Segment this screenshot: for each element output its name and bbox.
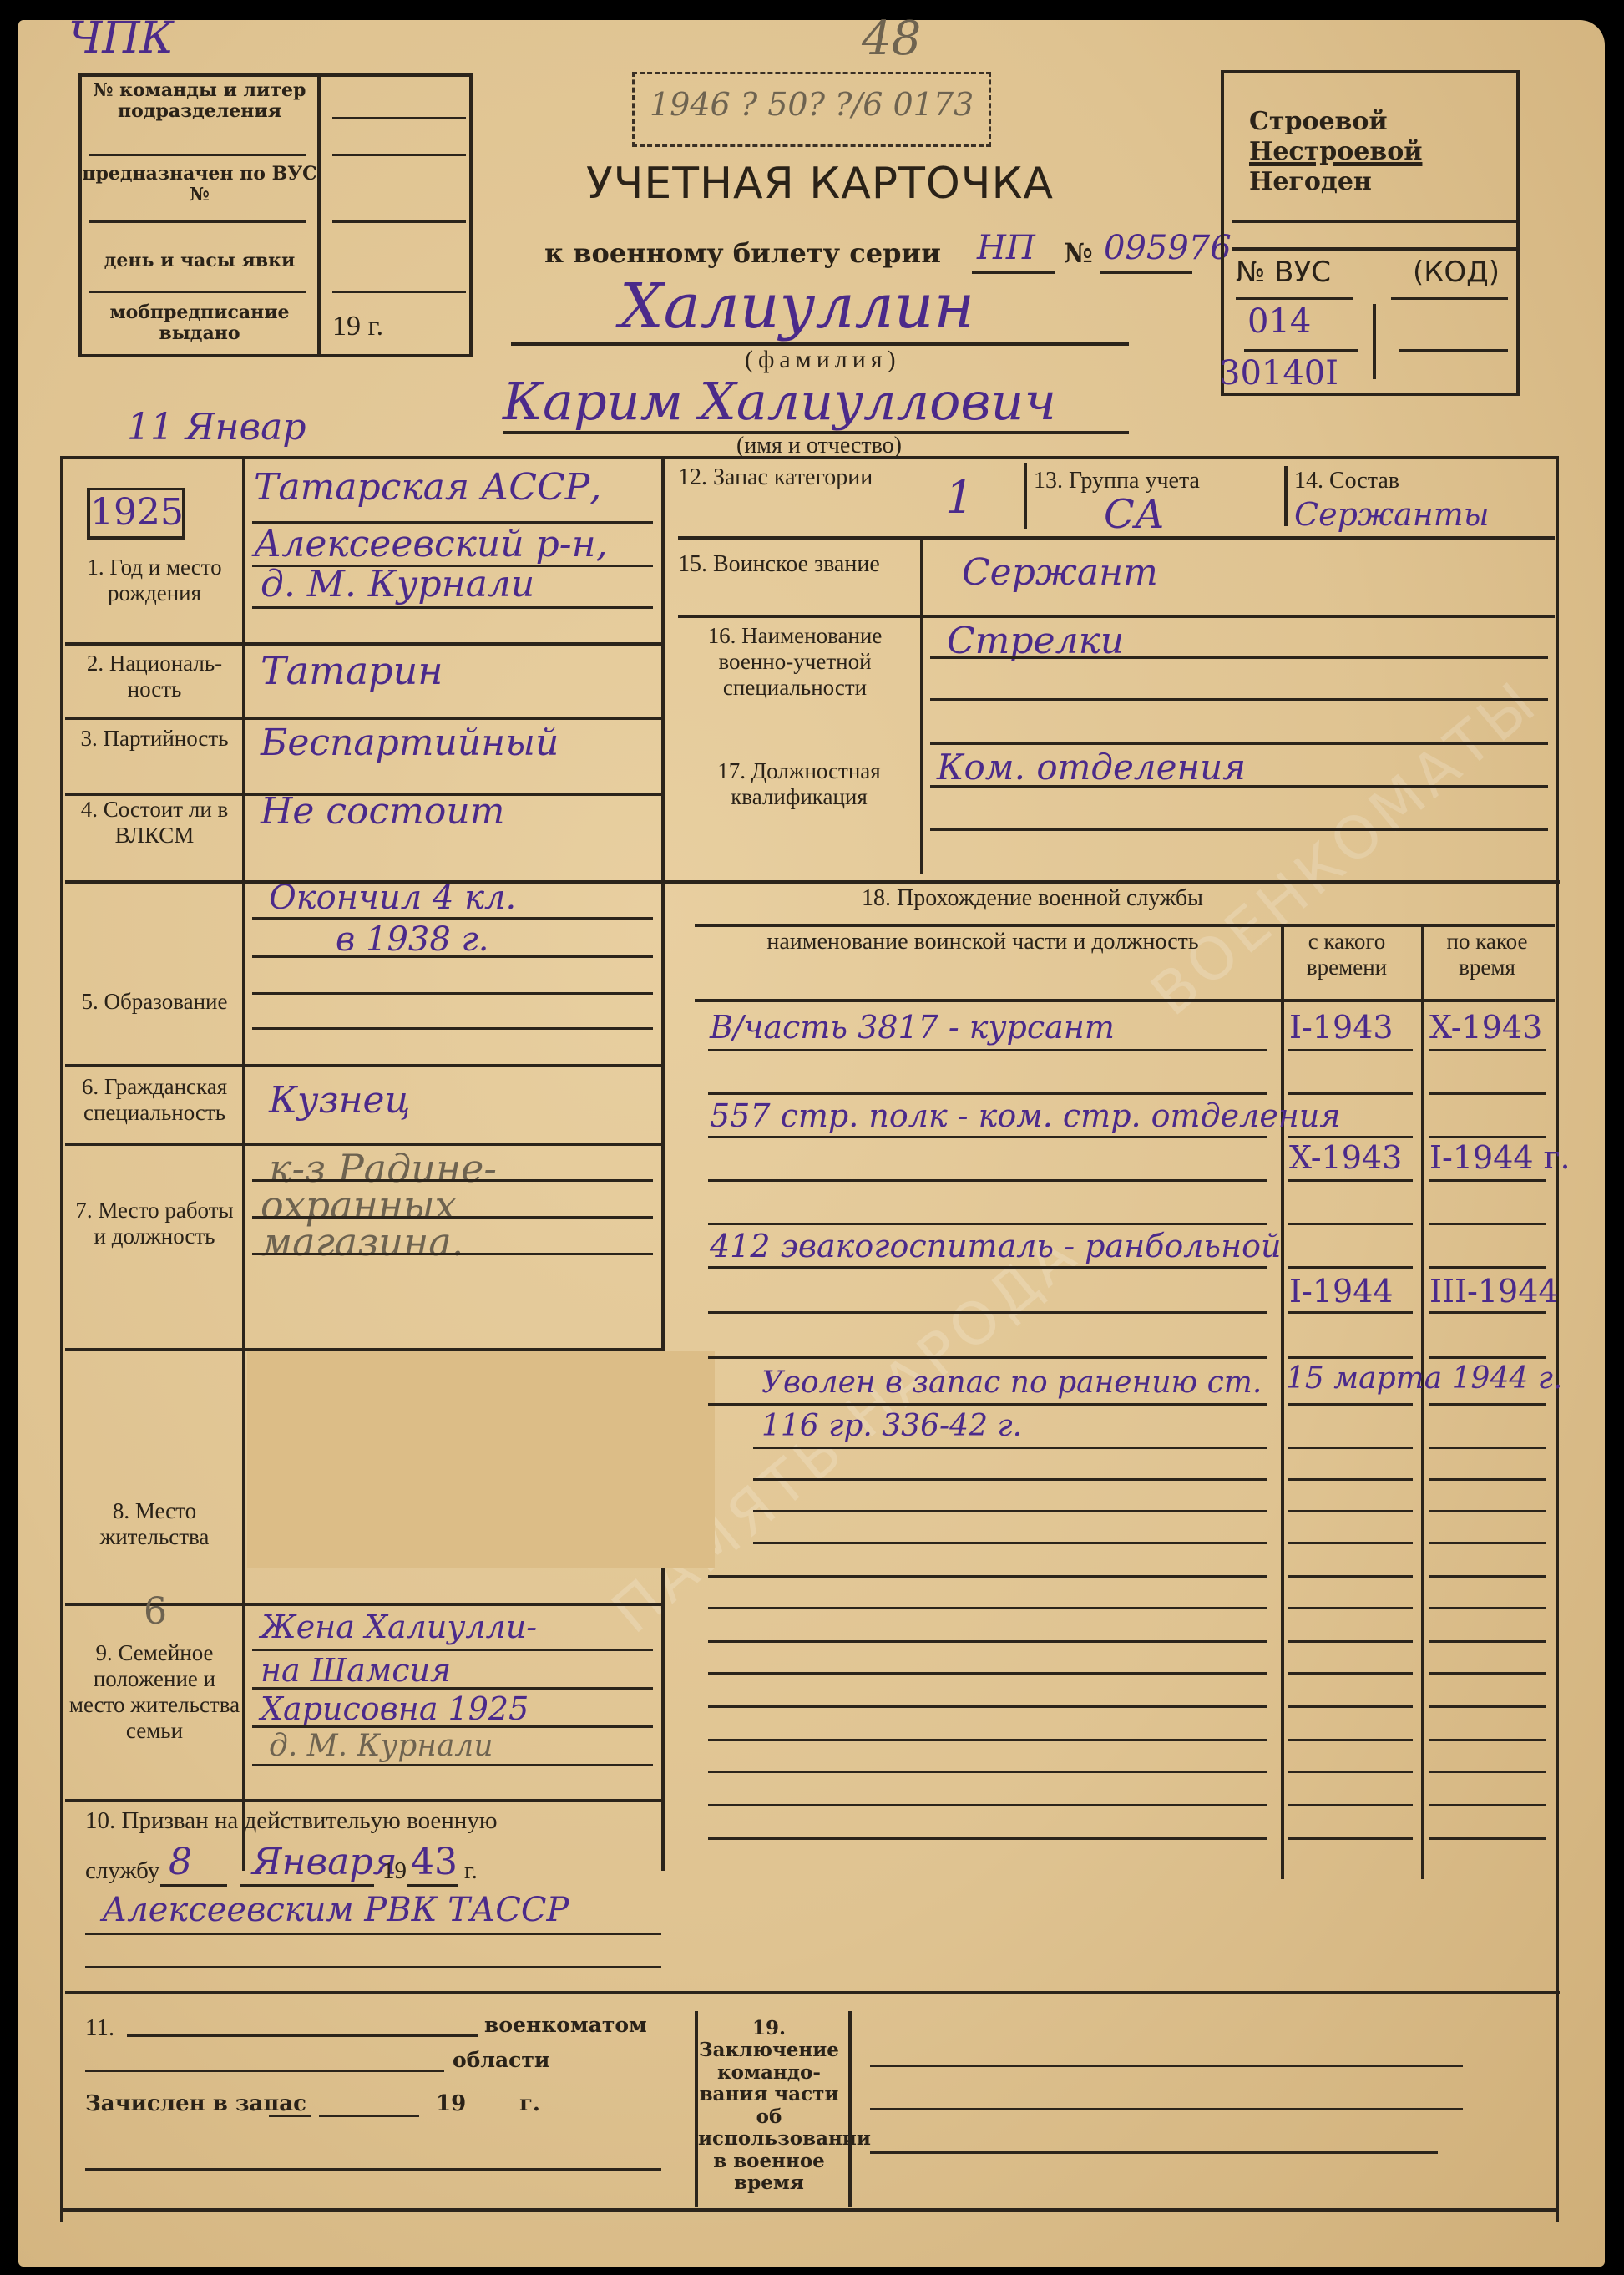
vus-assigned-label: предназначен по ВУС № (82, 164, 317, 206)
civil-specialty-value: Кузнец (269, 1079, 410, 1122)
service-row-1-unit: В/часть 3817 - курсант (710, 1009, 1115, 1046)
name-patronymic-value: Карим Халиуллович (503, 371, 1056, 432)
call-up-month: Января (252, 1841, 397, 1883)
birth-place-line-1: Татарская АССР, (254, 466, 601, 509)
family-line-1: Жена Халиулли- (261, 1609, 537, 1645)
family-line-4: д. М. Курнали (269, 1729, 493, 1763)
birth-place-line-3: д. М. Курнали (261, 563, 534, 605)
record-card: ПАМЯТЬ НАРОДА ВОЕНКОМАТЫ ЧПК 48 1946 ? 5… (18, 20, 1605, 2267)
reserve-year-prefix: 19 (436, 2091, 466, 2116)
workplace-line-3: магазина. (261, 1219, 463, 1264)
registration-group-value: СА (1104, 491, 1165, 538)
call-up-day: 8 (169, 1841, 192, 1883)
vus-value: 014 (1247, 302, 1311, 341)
command-label: № команды и литер подразделения (82, 80, 317, 123)
service-row-3-unit: 412 эвакогоспиталь - ранбольной (710, 1228, 1281, 1264)
field-6-label: 6. Граждан­ская специ­альность (67, 1074, 242, 1126)
fitness-option-limited: Нестроевой (1249, 137, 1422, 167)
vus-label: № ВУС (1236, 256, 1331, 289)
field-9-label: 9. Семейное положение и место жительства… (67, 1640, 242, 1744)
field-10-label: 10. Призван на действительую военную (85, 1807, 498, 1835)
party-value: Беспартийный (261, 722, 559, 764)
field-10-service-label: службу (85, 1857, 159, 1885)
birth-day-note: 11 Январ (127, 406, 306, 448)
field-3-label: 3. Партий­ность (67, 726, 242, 752)
call-up-year-prefix: 19 (382, 1857, 407, 1885)
archive-stamp: 1946 ? 50? ?/6 0173 (635, 74, 989, 134)
field-5-label: 5. Образо­вание (67, 989, 242, 1015)
field-12-label: 12. Запас категории (678, 464, 887, 491)
service-col-from: с какого времени (1284, 929, 1409, 980)
birth-year-box: 1925 (87, 488, 185, 540)
fitness-box: Строевой Нестроевой Негоден № ВУС (КОД) … (1221, 70, 1520, 396)
reserve-label: Зачислен в запас (85, 2091, 306, 2116)
subtitle-label: к военному билету серии (544, 237, 941, 269)
code-label: (КОД) (1413, 256, 1500, 289)
service-row-3-to: III-1944 (1429, 1273, 1559, 1310)
family-note: 6 (144, 1590, 167, 1633)
mob-order-value: 19 г. (332, 311, 383, 342)
komsomol-value: Не состоит (261, 790, 504, 833)
field-15-label: 15. Воинское звание (678, 551, 912, 578)
series-value: НП (977, 229, 1035, 267)
arrival-time-label: день и часы явки (82, 251, 317, 271)
service-row-1-from: I-1943 (1289, 1009, 1394, 1046)
document-title: УЧЕТНАЯ КАРТОЧКА (586, 159, 1054, 209)
number-prefix: № (1064, 237, 1093, 269)
military-rank-value: Сержант (962, 551, 1158, 594)
redacted-area (247, 1351, 715, 1568)
call-up-by: Алексеевским РВК ТАССР (102, 1891, 569, 1929)
nationality-value: Татарин (261, 648, 443, 693)
reserve-category-value: 1 (945, 471, 974, 524)
field-8-label: 8. Место жительства (67, 1498, 242, 1550)
mob-order-label: мобпредписание выдано (82, 302, 317, 345)
call-up-year: 43 (411, 1841, 458, 1883)
fitness-option-fit: Строевой (1249, 107, 1388, 137)
fitness-option-unfit: Негоден (1249, 167, 1372, 197)
family-line-2: на Шамсия (261, 1652, 451, 1689)
vus-value-2: 30140I (1219, 354, 1338, 393)
field-14-label: 14. Состав (1294, 468, 1399, 494)
corner-note: ЧПК (68, 13, 174, 63)
education-line-1: Окончил 4 кл. (269, 879, 516, 917)
archive-stamp-box: 1946 ? 50? ?/6 0173 (632, 72, 991, 147)
service-row-3-from: I-1944 (1289, 1273, 1394, 1310)
field-4-label: 4. Состоит ли в ВЛКСМ (67, 797, 242, 849)
field-16-label: 16. Наименова­ние военно-учетной специал… (678, 623, 912, 701)
surname-value: Халиуллин (620, 271, 974, 342)
service-history-title: 18. Прохождение военной службы (862, 885, 1203, 912)
field-17-label: 17. Должностная квалификация (678, 758, 920, 810)
call-up-year-g: г. (464, 1857, 478, 1885)
page-number: 48 (862, 12, 921, 66)
personnel-type-value: Сержанты (1294, 496, 1490, 533)
number-value: 095976 (1104, 229, 1232, 267)
field-2-label: 2. Националь­ность (67, 651, 242, 702)
field-7-label: 7. Место работы и должность (67, 1198, 242, 1249)
field-11-num: 11. (85, 2014, 114, 2042)
service-row-2-from: X-1943 (1289, 1139, 1402, 1176)
family-line-3: Харисовна 1925 (261, 1690, 529, 1727)
oblast-label: области (453, 2048, 549, 2072)
position-qualification-value: Ком. отделения (937, 747, 1246, 788)
field-19-label: 19. Заключе­ние командо­вания части об и… (698, 2018, 840, 2195)
service-row-2-unit: 557 стр. полк - ком. стр. отделения (710, 1097, 1341, 1134)
service-row-4-from: 15 марта 1944 г. (1286, 1361, 1562, 1396)
top-left-box: № команды и литер подразделения предназн… (78, 73, 473, 357)
service-row-2-to: I-1944 г. (1429, 1139, 1571, 1176)
birth-year-value: 1925 (90, 490, 182, 535)
education-line-2: в 1938 г. (336, 920, 488, 959)
field-1-label: 1. Год и место рождения (67, 555, 242, 606)
service-col-to: по какое время (1424, 929, 1550, 980)
voenkomat-label: военкоматом (484, 2013, 647, 2037)
service-row-1-to: X-1943 (1429, 1009, 1542, 1046)
surname-caption: (фамилия) (745, 346, 901, 374)
service-col-unit: наименование воинской части и должность (695, 929, 1271, 955)
birth-place-line-2: Алексеевский р-н, (254, 523, 608, 565)
reserve-year-g: г. (519, 2091, 540, 2116)
